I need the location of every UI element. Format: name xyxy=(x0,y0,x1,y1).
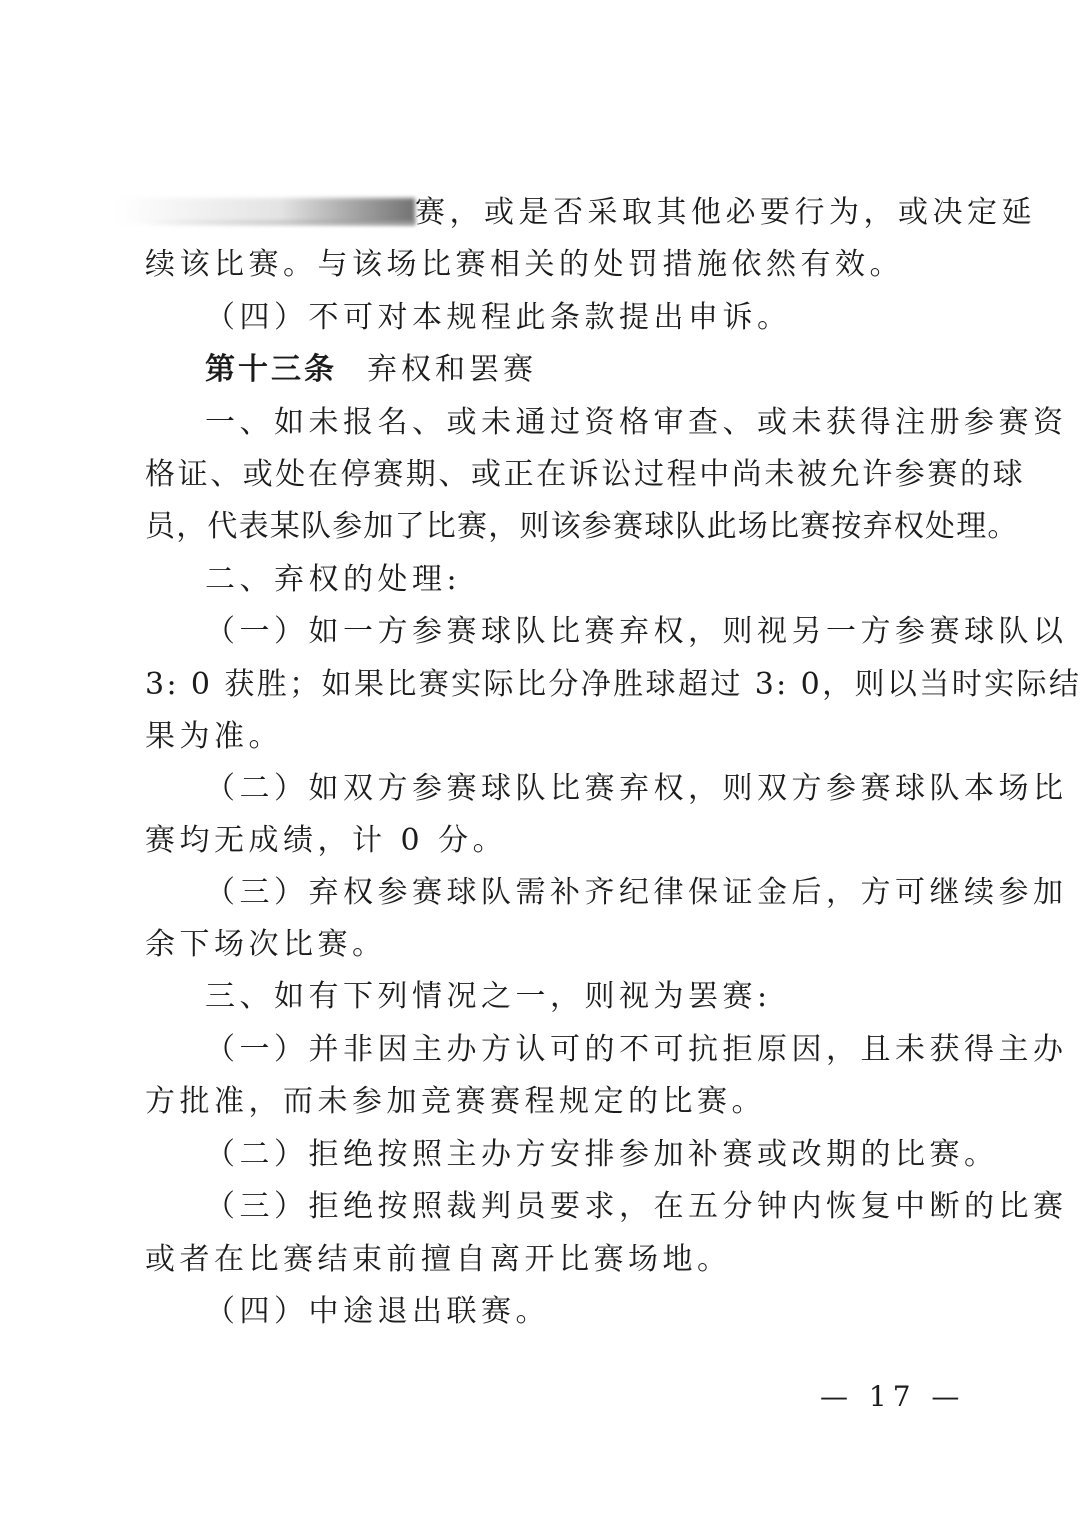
paragraph-line: （二）如双方参赛球队比赛弃权，则双方参赛球队本场比 xyxy=(205,769,1068,809)
document-page: 赛，或是否采取其他必要行为，或决定延 续该比赛。与该场比赛相关的处罚措施依然有效… xyxy=(0,0,1080,1527)
paragraph-line: （三）弃权参赛球队需补齐纪律保证金后，方可继续参加 xyxy=(205,873,1068,913)
paragraph-line: 续该比赛。与该场比赛相关的处罚措施依然有效。 xyxy=(145,245,904,285)
article-number: 第十三条 xyxy=(205,352,337,387)
article-heading: 第十三条弃权和罢赛 xyxy=(205,350,537,390)
paragraph-line: 二、弃权的处理: xyxy=(205,560,461,600)
paragraph-line: 员，代表某队参加了比赛，则该参赛球队此场比赛按弃权处理。 xyxy=(145,507,1019,547)
paragraph-line: 格证、或处在停赛期、或正在诉讼过程中尚未被允许参赛的球 xyxy=(145,455,1025,495)
paragraph-line: （四）不可对本规程此条款提出申诉。 xyxy=(205,298,792,338)
paragraph-line: 一、如未报名、或未通过资格审查、或未获得注册参赛资 xyxy=(205,403,1068,443)
paragraph-line: 3: 0 获胜；如果比赛实际比分净胜球超过 3: 0，则以当时实际结 xyxy=(145,665,1080,705)
paragraph-line: 或者在比赛结束前擅自离开比赛场地。 xyxy=(145,1240,732,1280)
paragraph-line: 赛均无成绩，计 0 分。 xyxy=(145,821,507,861)
paragraph-line: （三）拒绝按照裁判员要求，在五分钟内恢复中断的比赛 xyxy=(205,1187,1068,1227)
article-title: 弃权和罢赛 xyxy=(367,352,537,387)
paragraph-line: 三、如有下列情况之一，则视为罢赛: xyxy=(205,977,772,1017)
page-number: — 17 — xyxy=(820,1380,965,1413)
paragraph-line: （一）如一方参赛球队比赛弃权，则视另一方参赛球队以 xyxy=(205,612,1068,652)
paragraph-line: （二）拒绝按照主办方安排参加补赛或改期的比赛。 xyxy=(205,1135,999,1175)
redacted-blur-region-lower xyxy=(140,220,415,226)
paragraph-line: （四）中途退出联赛。 xyxy=(205,1292,550,1332)
paragraph-line: 方批准，而未参加竞赛赛程规定的比赛。 xyxy=(145,1082,766,1122)
paragraph-line: 赛，或是否采取其他必要行为，或决定延 xyxy=(415,193,1036,233)
paragraph-line: 果为准。 xyxy=(145,717,283,757)
paragraph-line: （一）并非因主办方认可的不可抗拒原因，且未获得主办 xyxy=(205,1030,1068,1070)
paragraph-line: 余下场次比赛。 xyxy=(145,925,387,965)
